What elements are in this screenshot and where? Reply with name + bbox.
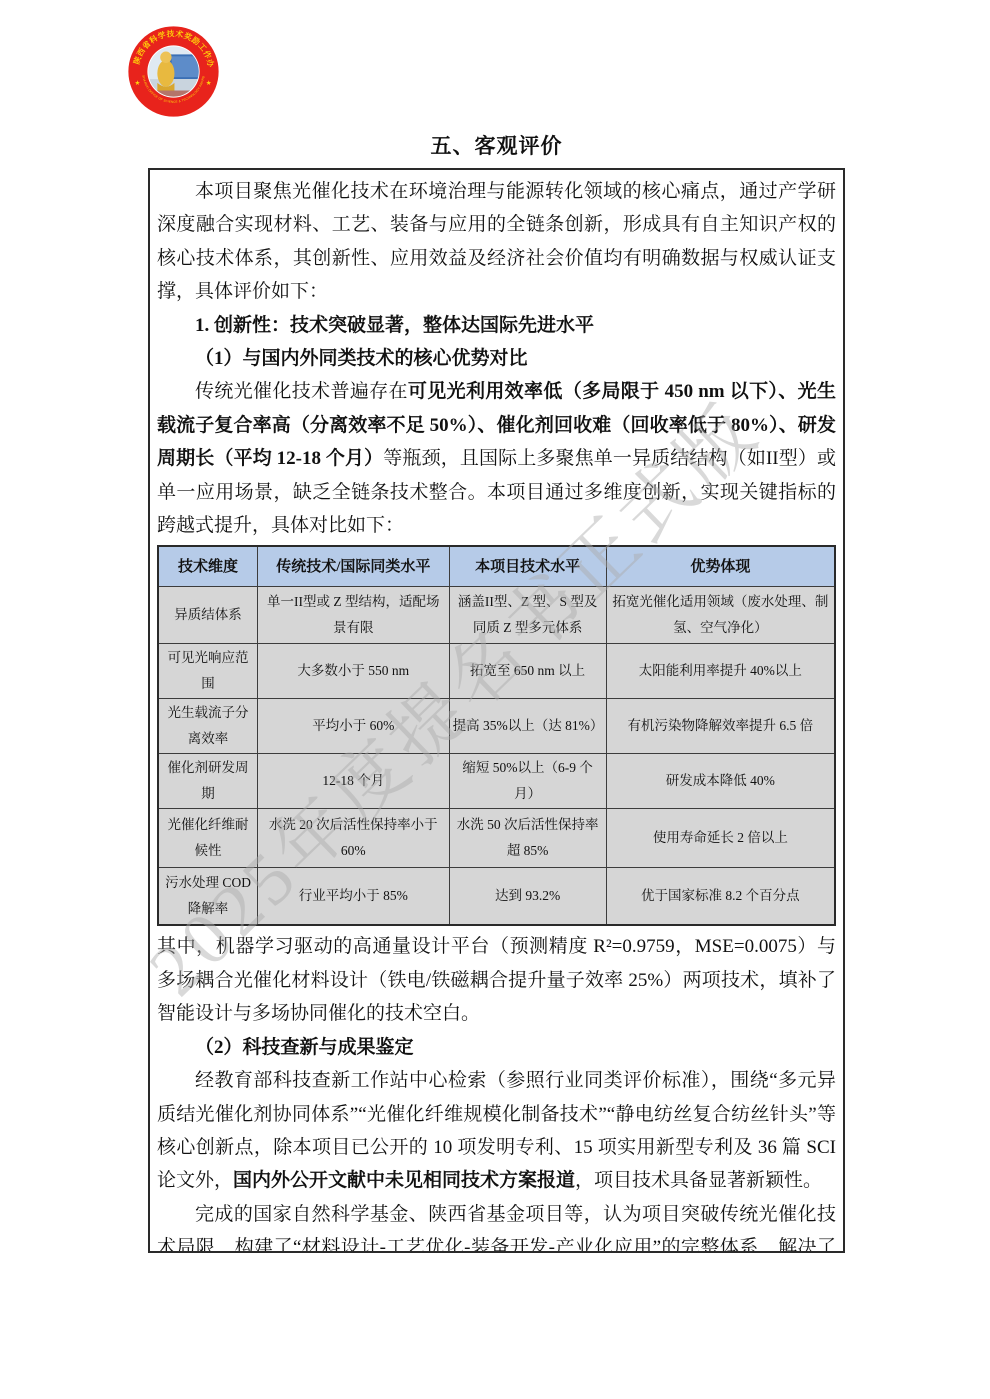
cell-dimension: 光生载流子分离效率 <box>158 698 258 753</box>
award-office-seal-logo: 陕西省科学技术奖励工作办公室 SHAANXI OFFICE OF SCIENCE… <box>126 24 221 119</box>
novelty-run-bold: 国内外公开文献中未见相同技术方案报道 <box>233 1170 575 1191</box>
cell-advantage: 拓宽光催化适用领域（废水处理、制氢、空气净化） <box>606 586 835 643</box>
seal-star-left-icon: ★ <box>135 79 141 87</box>
page-title: 五、客观评价 <box>148 130 845 160</box>
cell-dimension: 可见光响应范围 <box>158 643 258 698</box>
cell-dimension: 催化剂研发周期 <box>158 753 258 808</box>
cell-project: 缩短 50%以上（6-9 个月） <box>449 753 606 808</box>
column-header-traditional: 传统技术/国际同类水平 <box>258 546 450 586</box>
table-row: 可见光响应范围 大多数小于 550 nm 拓宽至 650 nm 以上 太阳能利用… <box>158 643 835 698</box>
bottleneck-paragraph: 传统光催化技术普遍存在可见光利用效率低（多局限于 450 nm 以下）、光生载流… <box>157 375 836 542</box>
ml-platform-paragraph: 其中，机器学习驱动的高通量设计平台（预测精度 R²=0.9759，MSE=0.0… <box>157 930 836 1030</box>
cell-traditional: 行业平均小于 85% <box>258 867 450 925</box>
table-row: 污水处理 COD 降解率 行业平均小于 85% 达到 93.2% 优于国家标准 … <box>158 867 835 925</box>
table-row: 催化剂研发周期 12-18 个月 缩短 50%以上（6-9 个月） 研发成本降低… <box>158 753 835 808</box>
fund-evaluation-paragraph: 完成的国家自然科学基金、陕西省基金项目等，认为项目突破传统光催化技术局限，构建了… <box>157 1198 836 1253</box>
cell-project: 水洗 50 次后活性保持率超 85% <box>449 808 606 867</box>
evaluation-content-box: 本项目聚焦光催化技术在环境治理与能源转化领域的核心痛点，通过产学研深度融合实现材… <box>148 168 845 1253</box>
cell-dimension: 异质结体系 <box>158 586 258 643</box>
cell-advantage: 优于国家标准 8.2 个百分点 <box>606 867 835 925</box>
cell-project: 拓宽至 650 nm 以上 <box>449 643 606 698</box>
cell-dimension: 污水处理 COD 降解率 <box>158 867 258 925</box>
cell-traditional: 大多数小于 550 nm <box>258 643 450 698</box>
column-header-dimension: 技术维度 <box>158 546 258 586</box>
cell-project: 达到 93.2% <box>449 867 606 925</box>
table-header-row: 技术维度 传统技术/国际同类水平 本项目技术水平 优势体现 <box>158 546 835 586</box>
column-header-advantage: 优势体现 <box>606 546 835 586</box>
cell-project: 提高 35%以上（达 81%） <box>449 698 606 753</box>
cell-traditional: 水洗 20 次后活性保持率小于 60% <box>258 808 450 867</box>
cell-advantage: 有机污染物降解效率提升 6.5 倍 <box>606 698 835 753</box>
bottleneck-run-normal-1: 传统光催化技术普遍存在 <box>195 381 408 402</box>
cell-traditional: 12-18 个月 <box>258 753 450 808</box>
document-page: { "page": { "title": "五、客观评价" }, "logo":… <box>0 0 990 1399</box>
seal-logo-icon: 陕西省科学技术奖励工作办公室 SHAANXI OFFICE OF SCIENCE… <box>126 24 221 119</box>
table-row: 光生载流子分离效率 平均小于 60% 提高 35%以上（达 81%） 有机污染物… <box>158 698 835 753</box>
novelty-paragraph: 经教育部科技查新工作站中心检索（参照行业同类评价标准），围绕“多元异质结光催化剂… <box>157 1064 836 1198</box>
intro-paragraph: 本项目聚焦光催化技术在环境治理与能源转化领域的核心痛点，通过产学研深度融合实现材… <box>157 175 836 309</box>
cell-advantage: 使用寿命延长 2 倍以上 <box>606 808 835 867</box>
novelty-run-normal-2: ，项目技术具备显著新颖性。 <box>575 1170 822 1191</box>
cell-dimension: 光催化纤维耐候性 <box>158 808 258 867</box>
table-row: 光催化纤维耐候性 水洗 20 次后活性保持率小于 60% 水洗 50 次后活性保… <box>158 808 835 867</box>
cell-advantage: 太阳能利用率提升 40%以上 <box>606 643 835 698</box>
cell-traditional: 单一II型或 Z 型结构，适配场景有限 <box>258 586 450 643</box>
seal-star-right-icon: ★ <box>206 79 212 87</box>
cell-advantage: 研发成本降低 40% <box>606 753 835 808</box>
cell-project: 涵盖II型、Z 型、S 型及同质 Z 型多元体系 <box>449 586 606 643</box>
cell-traditional: 平均小于 60% <box>258 698 450 753</box>
column-header-project: 本项目技术水平 <box>449 546 606 586</box>
subsection-heading-comparison: （1）与国内外同类技术的核心优势对比 <box>157 342 836 375</box>
table-row: 异质结体系 单一II型或 Z 型结构，适配场景有限 涵盖II型、Z 型、S 型及… <box>158 586 835 643</box>
technology-comparison-table: 技术维度 传统技术/国际同类水平 本项目技术水平 优势体现 异质结体系 单一II… <box>157 545 836 926</box>
section-heading-innovation: 1. 创新性：技术突破显著，整体达国际先进水平 <box>157 309 836 342</box>
subsection-heading-novelty-check: （2）科技查新与成果鉴定 <box>157 1031 836 1064</box>
